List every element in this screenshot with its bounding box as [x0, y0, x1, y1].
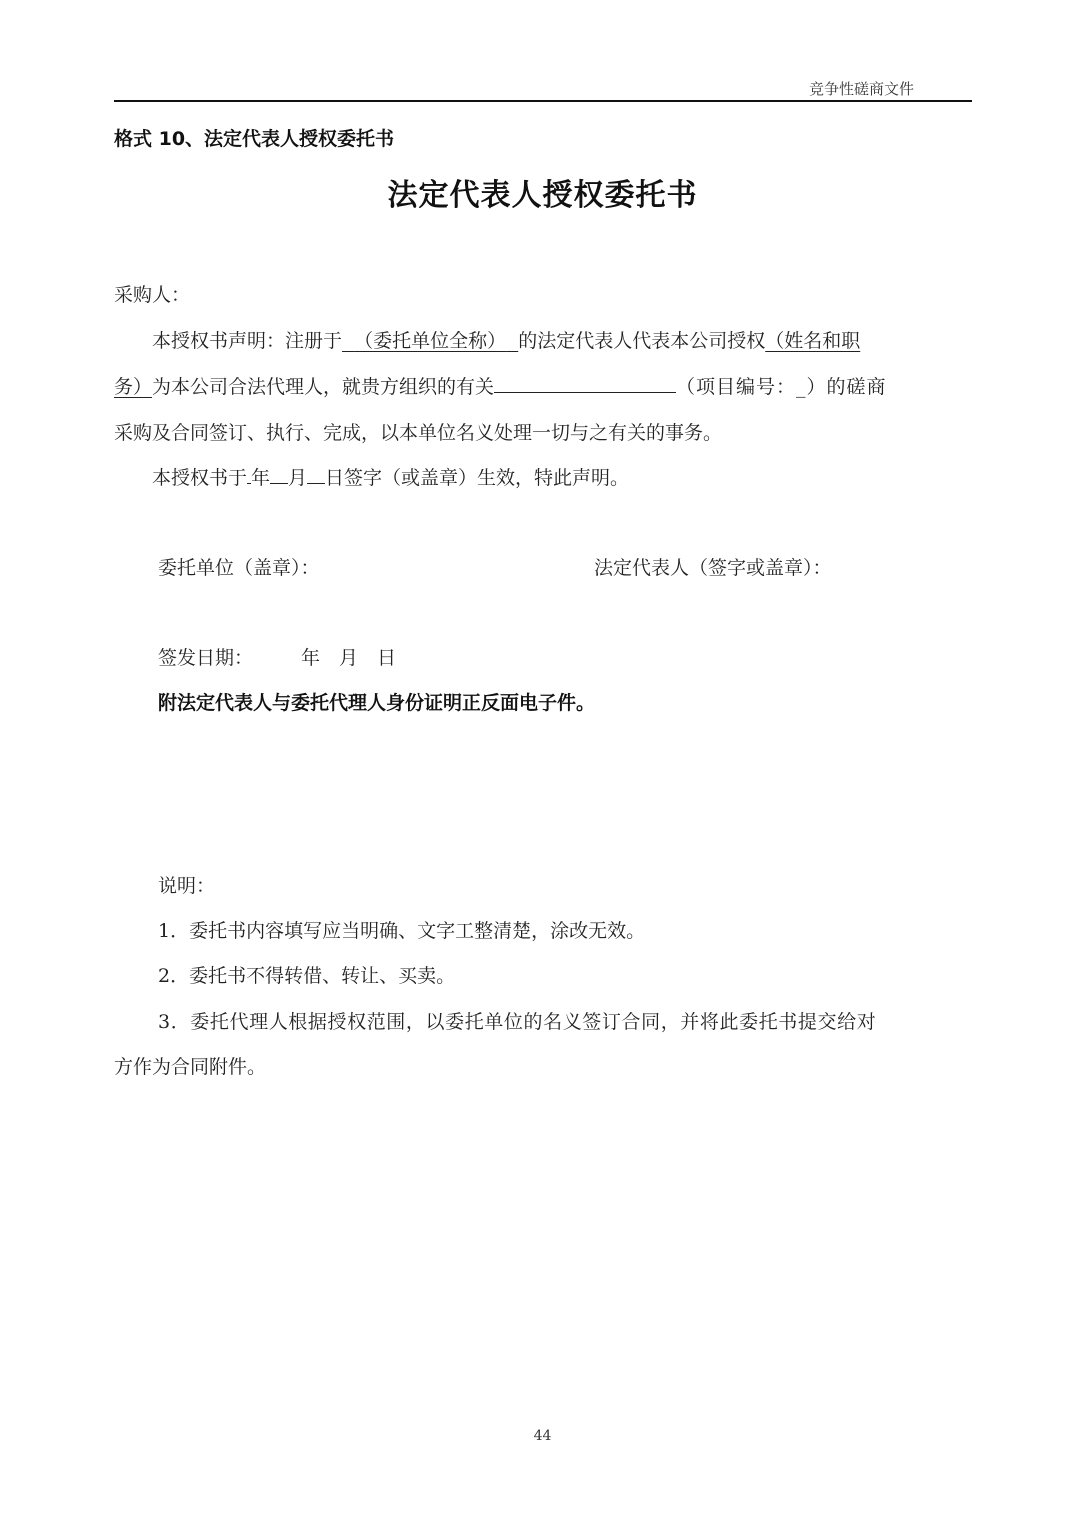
statement-line-2: 务）为本公司合法代理人，就贵方组织的有关（项目编号：_）的磋商	[114, 372, 887, 399]
running-title: 竞争性磋商文件	[809, 78, 914, 99]
principal-seal-label: 委托单位（盖章）：	[158, 553, 320, 580]
month-label: 月	[288, 467, 307, 489]
statement-line-1: 本授权书声明：注册于 （委托单位全称） 的法定代表人代表本公司授权（姓名和职	[152, 326, 860, 353]
note-item: 3．委托代理人根据授权范围，以委托单位的名义签订合同，并将此委托书提交给对	[158, 1007, 876, 1034]
statement-line-3: 采购及合同签订、执行、完成，以本单位名义处理一切与之有关的事务。	[114, 418, 722, 445]
note-item: 1．委托书内容填写应当明确、文字工整清楚，涂改无效。	[158, 916, 645, 943]
addressee: 采购人：	[114, 280, 190, 307]
note-item-continuation: 方作为合同附件。	[114, 1052, 266, 1079]
page-header: 竞争性磋商文件	[114, 76, 972, 102]
note-item: 2．委托书不得转借、转让、买卖。	[158, 961, 455, 988]
agent-name-title-field-cont[interactable]: 务）	[114, 376, 152, 398]
statement-text: 的法定代表人代表本公司授权	[518, 330, 765, 352]
statement-text: 日签字（或盖章）生效，特此声明。	[325, 467, 629, 489]
effective-date-line: 本授权书于年月日签字（或盖章）生效，特此声明。	[152, 463, 629, 490]
notes-title: 说明：	[158, 871, 215, 898]
project-name-blank[interactable]	[494, 374, 676, 393]
page-number: 44	[0, 1428, 1080, 1444]
agent-name-title-field[interactable]: （姓名和职	[765, 330, 860, 352]
attachment-note: 附法定代表人与委托代理人身份证明正反面电子件。	[158, 688, 595, 715]
month-blank[interactable]	[270, 465, 288, 484]
document-title: 法定代表人授权委托书	[0, 170, 1080, 214]
issue-date-label: 签发日期：	[158, 647, 253, 669]
statement-text: 本授权书声明：注册于	[152, 330, 342, 352]
company-name-field[interactable]: （委托单位全称）	[342, 330, 518, 352]
project-number-text: （项目编号：_）的磋商	[676, 376, 887, 398]
statement-text: 本授权书于	[152, 467, 247, 489]
day-blank[interactable]	[307, 465, 325, 484]
issue-date-row: 签发日期：年 月 日	[158, 643, 396, 670]
format-title: 格式 10、法定代表人授权委托书	[114, 124, 394, 151]
issue-date-value: 年 月 日	[301, 647, 396, 669]
year-label: 年	[251, 467, 270, 489]
statement-text: 为本公司合法代理人，就贵方组织的有关	[152, 376, 494, 398]
legal-rep-signature-label: 法定代表人（签字或盖章）：	[594, 553, 832, 580]
